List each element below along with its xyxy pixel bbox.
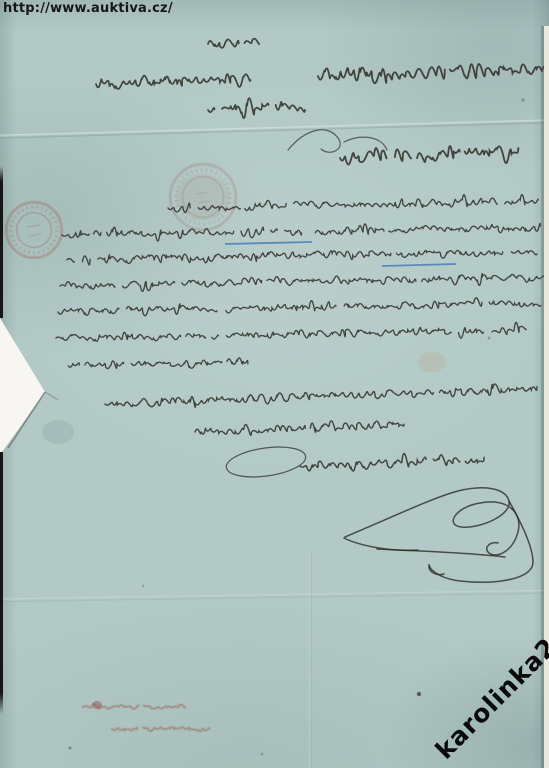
handwriting-and-postmarks-art [0, 0, 549, 768]
scanned-letter-photo: http://www.auktiva.cz/ karolinka2 [0, 0, 549, 768]
scan-edge-left-lower [0, 452, 3, 714]
scan-edge-left-upper [0, 166, 3, 318]
source-url-caption: http://www.auktiva.cz/ [3, 1, 173, 16]
